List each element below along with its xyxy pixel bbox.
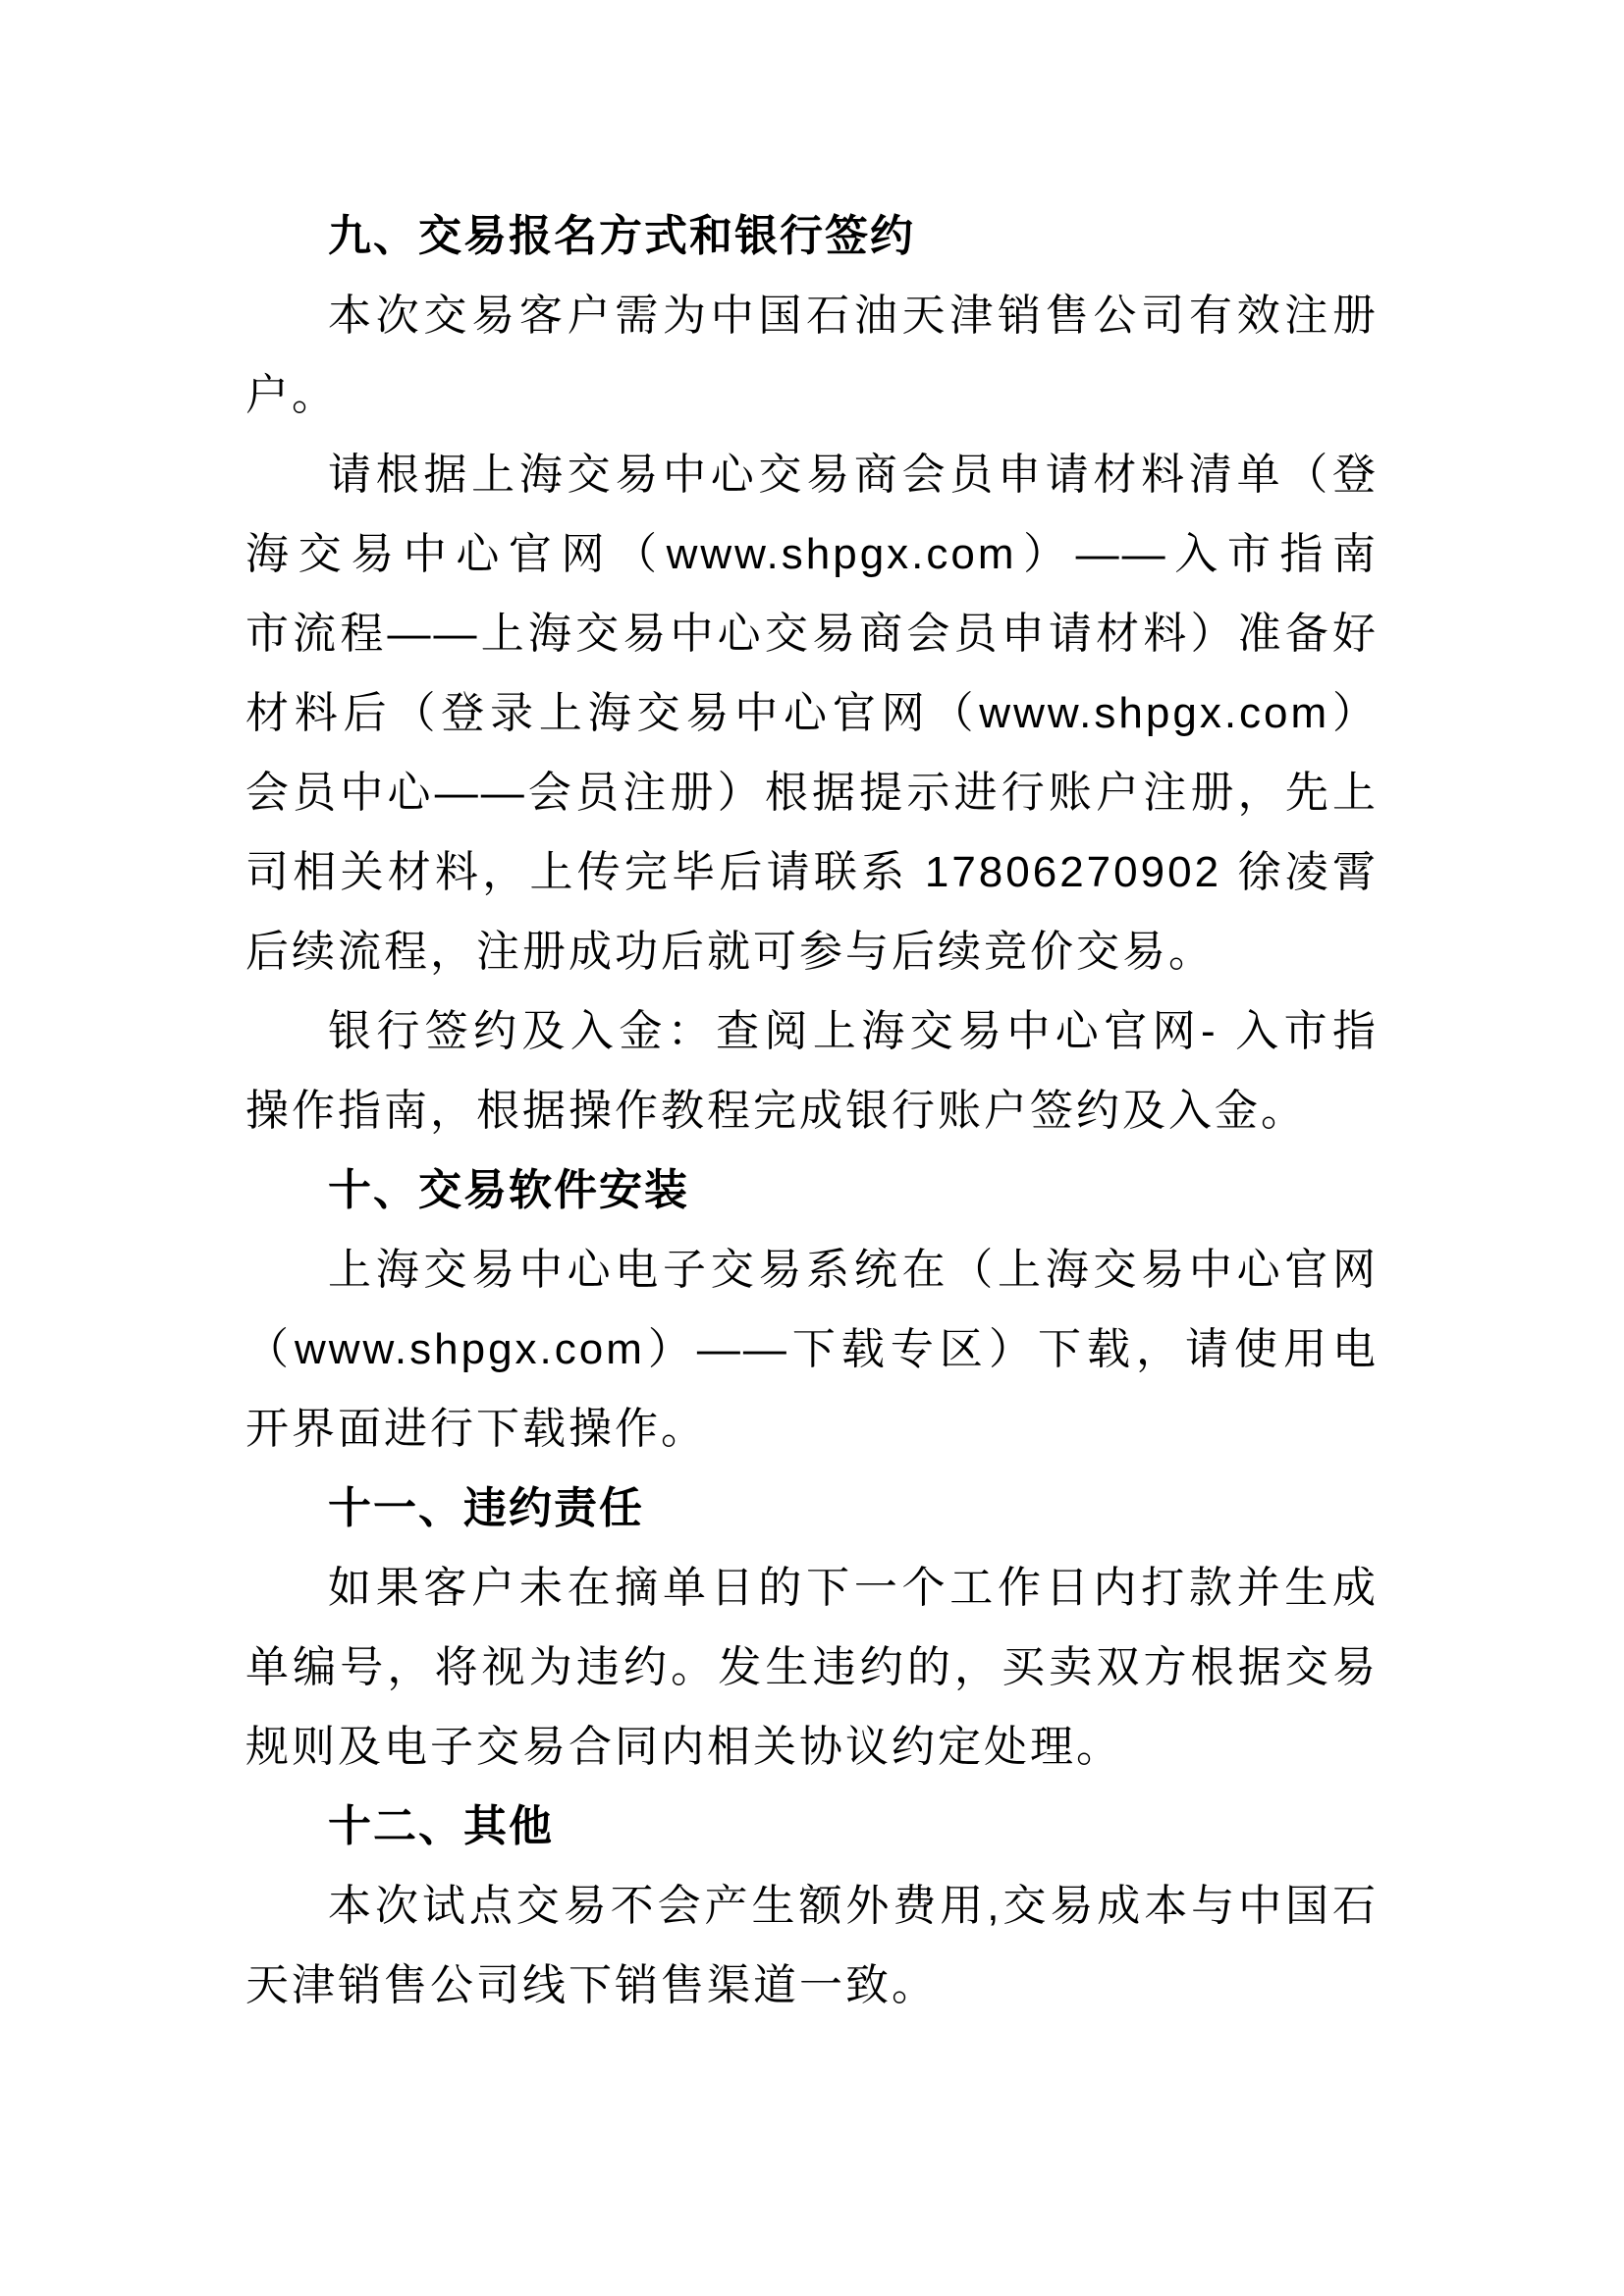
- text-line: 市流程——上海交易中心交易商会员申请材料）准备好相关: [245, 594, 1379, 673]
- text-line: 天津销售公司线下销售渠道一致。: [245, 1946, 1379, 2025]
- text-line: 海交易中心官网（www.shpgx.com）——入市指南——入: [245, 514, 1379, 594]
- text-line: 银行签约及入金：查阅上海交易中心官网- 入市指南-: [245, 991, 1379, 1071]
- section-heading-9: 九、交易报名方式和银行签约: [245, 196, 1379, 276]
- text-line: 开界面进行下载操作。: [245, 1389, 1379, 1468]
- text-line: 本次试点交易不会产生额外费用,交易成本与中国石油: [245, 1866, 1379, 1946]
- text-line: 上海交易中心电子交易系统在（上海交易中心官网: [245, 1230, 1379, 1309]
- text-line: 司相关材料，上传完毕后请联系 17806270902 徐凌霄跟进: [245, 832, 1379, 912]
- section-heading-10: 十、交易软件安装: [245, 1150, 1379, 1230]
- section-heading-11: 十一、违约责任: [245, 1468, 1379, 1548]
- text-line: 规则及电子交易合同内相关协议约定处理。: [245, 1707, 1379, 1787]
- text-line: 单编号，将视为违约。发生违约的，买卖双方根据交易中心: [245, 1628, 1379, 1707]
- text-line: 如果客户未在摘单日的下一个工作日内打款并生成订: [245, 1548, 1379, 1628]
- text-line: 后续流程，注册成功后就可参与后续竞价交易。: [245, 912, 1379, 991]
- text-line: （www.shpgx.com）——下载专区）下载，请使用电脑打: [245, 1309, 1379, 1389]
- text-line: 会员中心——会员注册）根据提示进行账户注册，先上传公: [245, 753, 1379, 832]
- document-content: 九、交易报名方式和银行签约 本次交易客户需为中国石油天津销售公司有效注册客 户。…: [245, 196, 1379, 2025]
- text-line: 操作指南，根据操作教程完成银行账户签约及入金。: [245, 1071, 1379, 1150]
- document-page: 九、交易报名方式和银行签约 本次交易客户需为中国石油天津销售公司有效注册客 户。…: [0, 0, 1624, 2296]
- text-line: 请根据上海交易中心交易商会员申请材料清单（登录上: [245, 435, 1379, 514]
- section-heading-12: 十二、其他: [245, 1787, 1379, 1866]
- text-line: 户。: [245, 355, 1379, 435]
- text-line: 材料后（登录上海交易中心官网（www.shpgx.com）——: [245, 673, 1379, 753]
- text-line: 本次交易客户需为中国石油天津销售公司有效注册客: [245, 276, 1379, 355]
